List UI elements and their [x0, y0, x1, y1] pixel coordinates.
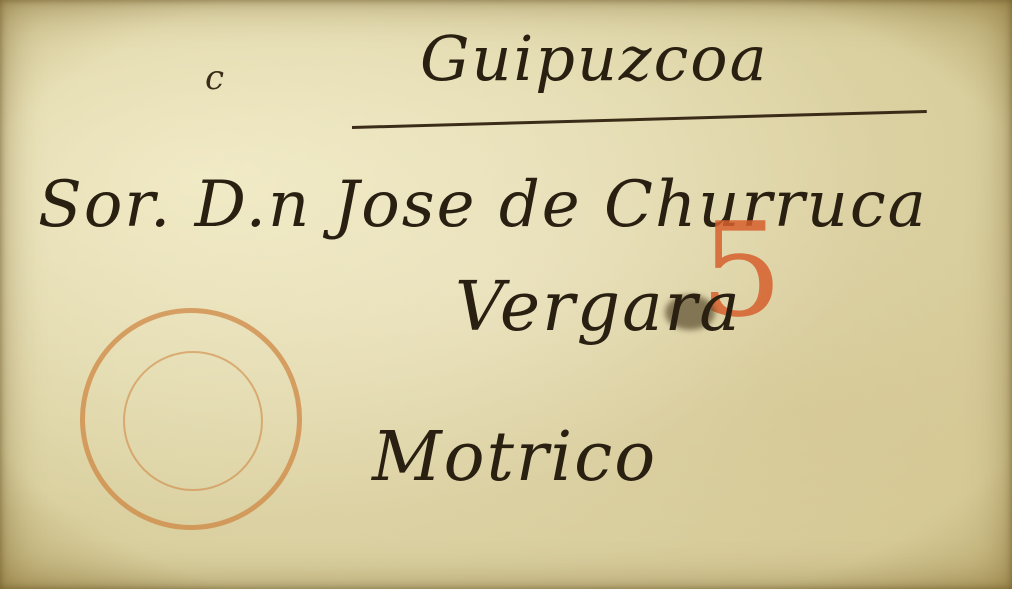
via-line: Motrico — [372, 418, 657, 497]
postmark-inner-ring — [123, 351, 263, 491]
addressee-line: Sor. D.n Jose de Churruca — [38, 168, 928, 242]
postmark-stamp — [80, 308, 302, 530]
province-underline — [352, 110, 927, 129]
corner-mark: c — [205, 58, 224, 98]
province-line: Guipuzcoa — [420, 22, 769, 95]
town-line: Vergara — [455, 268, 742, 347]
letter-cover: ​ c Guipuzcoa Sor. D.n Jose de Churruca … — [0, 0, 1012, 589]
